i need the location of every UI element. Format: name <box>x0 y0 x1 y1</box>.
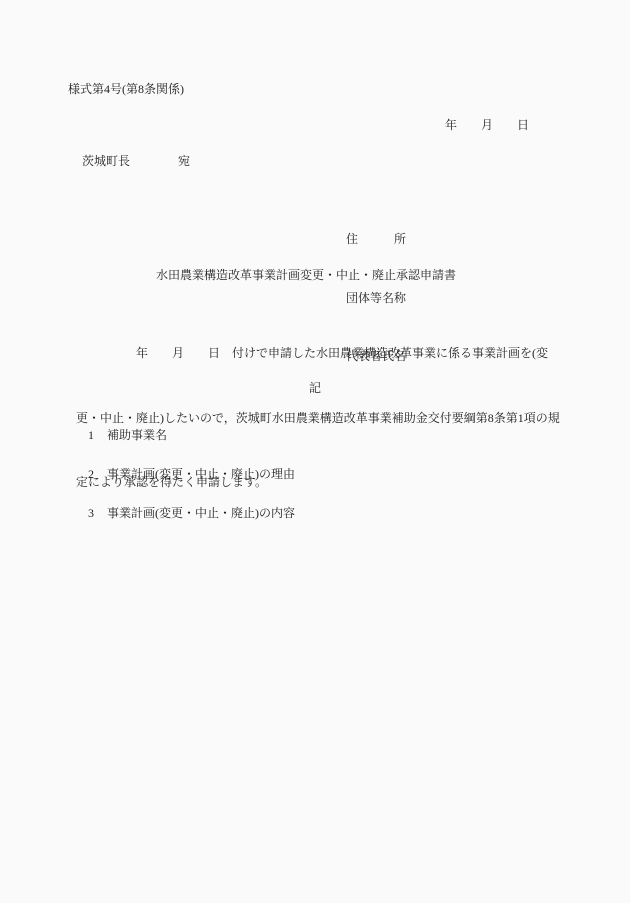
sender-address-label: 住 所 <box>346 230 406 250</box>
item-1-number: 1 <box>88 428 107 442</box>
date-line: 年 月 日 <box>445 118 529 132</box>
document-page: 様式第4号(第8条関係) 年 月 日 茨城町長 宛 住 所 団体等名称 代表者氏… <box>0 0 630 903</box>
list-item-1: 1補助事業名 <box>76 414 167 457</box>
list-item-3: 3事業計画(変更・中止・廃止)の内容 <box>76 492 295 535</box>
list-item-2: 2事業計画(変更・中止・廃止)の理由 <box>76 453 295 496</box>
record-heading: 記 <box>0 379 630 396</box>
item-2-number: 2 <box>88 467 107 481</box>
item-1-label: 補助事業名 <box>107 428 167 442</box>
item-2-label: 事業計画(変更・中止・廃止)の理由 <box>107 467 295 481</box>
item-3-label: 事業計画(変更・中止・廃止)の内容 <box>107 506 295 520</box>
item-3-number: 3 <box>88 506 107 520</box>
form-number: 様式第4号(第8条関係) <box>68 82 184 96</box>
document-title: 水田農業構造改革事業計画変更・中止・廃止承認申請書 <box>0 266 612 283</box>
body-line-1: 年 月 日 付けで申請した水田農業構造改革事業に係る事業計画を(変 <box>76 343 560 365</box>
addressee-line: 茨城町長 宛 <box>82 154 190 168</box>
